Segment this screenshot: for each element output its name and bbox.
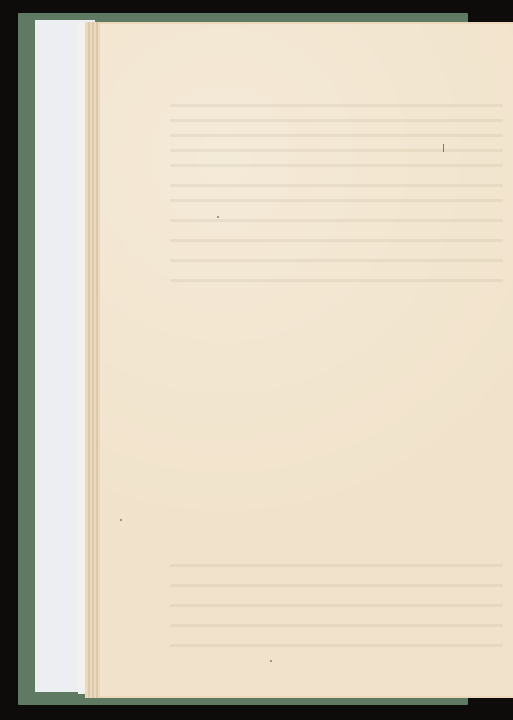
- paper-mark: [443, 144, 444, 152]
- bleed-through-line: [170, 604, 503, 607]
- bleed-through-line: [170, 164, 503, 167]
- book-page: [100, 24, 513, 696]
- bleed-through-line: [170, 259, 503, 262]
- bleed-through-line: [170, 119, 503, 122]
- paper-speck: [217, 216, 219, 218]
- bleed-through-line: [170, 104, 503, 107]
- page-edge: [92, 22, 94, 698]
- bleed-through-line: [170, 279, 503, 282]
- bleed-through-line: [170, 564, 503, 567]
- paper-speck: [120, 519, 122, 521]
- page-edge: [96, 22, 98, 698]
- scan-background: [0, 0, 513, 720]
- bleed-through-line: [170, 184, 503, 187]
- bleed-through-line: [170, 584, 503, 587]
- bleed-through-line: [170, 134, 503, 137]
- bleed-through-line: [170, 219, 503, 222]
- paper-speck: [270, 660, 272, 662]
- bleed-through-line: [170, 644, 503, 647]
- bleed-through-line: [170, 199, 503, 202]
- page-edge: [88, 22, 90, 698]
- bleed-through-line: [170, 624, 503, 627]
- bleed-through-line: [170, 149, 503, 152]
- bleed-through-line: [170, 239, 503, 242]
